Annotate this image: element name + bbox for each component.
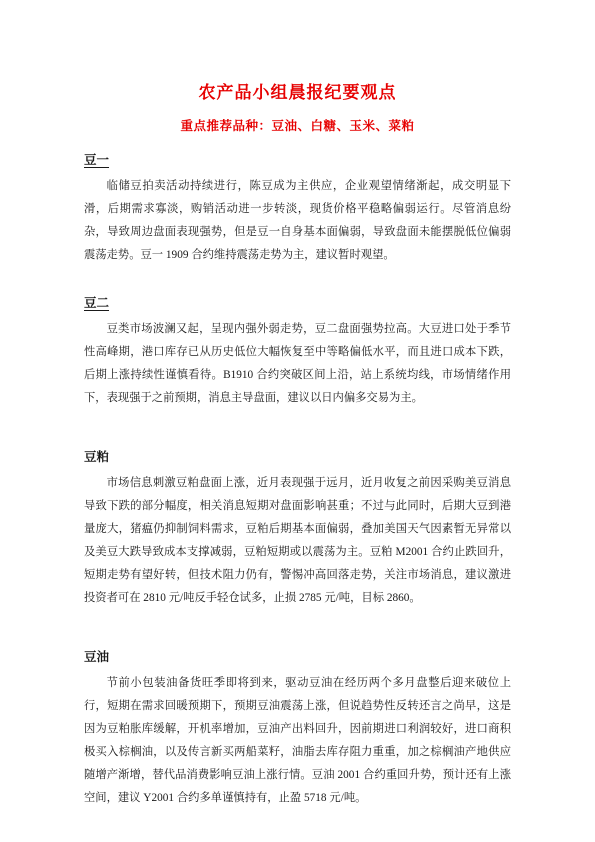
document-page: 农产品小组晨报纪要观点 重点推荐品种：豆油、白糖、玉米、菜粕 豆一 临储豆拍卖活… bbox=[0, 0, 595, 842]
document-title: 农产品小组晨报纪要观点 bbox=[84, 78, 511, 103]
section-heading-doupo: 豆粕 bbox=[84, 447, 511, 465]
section-doupo: 豆粕 市场信息刺激豆粕盘面上涨，近月表现强于远月，近月收复之前因采购美豆消息导致… bbox=[84, 447, 511, 610]
section-douyou: 豆油 节前小包装油备货旺季即将到来，驱动豆油在经历两个多月盘整后迎来破位上行，短… bbox=[84, 647, 511, 810]
section-heading-douyi: 豆一 bbox=[84, 150, 511, 168]
section-douer: 豆二 豆类市场波澜又起，呈现内强外弱走势，豆二盘面强势拉高。大豆进口处于季节性高… bbox=[84, 293, 511, 410]
section-heading-douer: 豆二 bbox=[84, 293, 511, 311]
section-douyi: 豆一 临储豆拍卖活动持续进行，陈豆成为主供应，企业观望情绪渐起，成交明显下滑，后… bbox=[84, 150, 511, 267]
document-subtitle: 重点推荐品种：豆油、白糖、玉米、菜粕 bbox=[84, 116, 511, 134]
section-heading-douyou: 豆油 bbox=[84, 647, 511, 665]
section-paragraph-doupo: 市场信息刺激豆粕盘面上涨，近月表现强于远月，近月收复之前因采购美豆消息导致下跌的… bbox=[84, 472, 511, 610]
section-paragraph-douyi: 临储豆拍卖活动持续进行，陈豆成为主供应，企业观望情绪渐起，成交明显下滑，后期需求… bbox=[84, 175, 511, 267]
section-paragraph-douer: 豆类市场波澜又起，呈现内强外弱走势，豆二盘面强势拉高。大豆进口处于季节性高峰期，… bbox=[84, 318, 511, 410]
section-paragraph-douyou: 节前小包装油备货旺季即将到来，驱动豆油在经历两个多月盘整后迎来破位上行，短期在需… bbox=[84, 672, 511, 810]
